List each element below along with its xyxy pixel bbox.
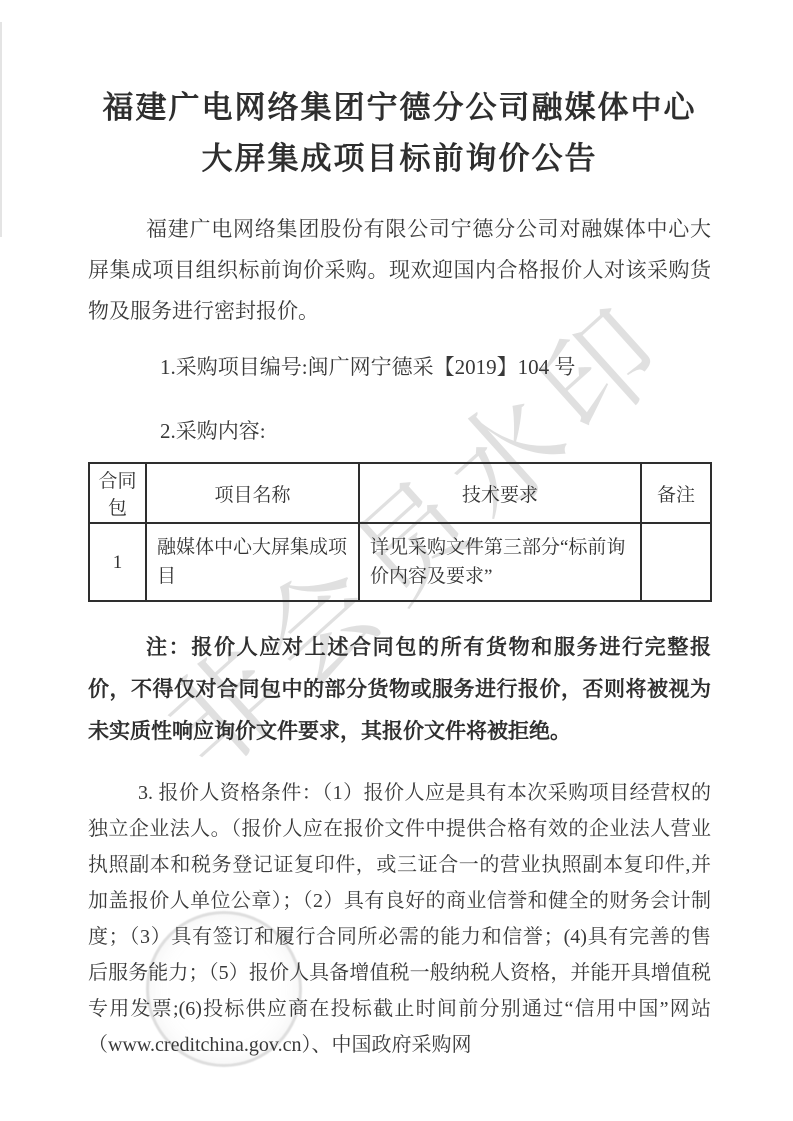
header-contract-package: 合同包 — [89, 463, 146, 523]
document-content: 福建广电网络集团宁德分公司融媒体中心 大屏集成项目标前询价公告 福建广电网络集团… — [88, 0, 711, 1063]
header-remarks: 备注 — [641, 463, 711, 523]
document-title: 福建广电网络集团宁德分公司融媒体中心 大屏集成项目标前询价公告 — [88, 82, 711, 184]
cell-technical-requirements: 详见采购文件第三部分“标前询价内容及要求” — [359, 523, 641, 601]
intro-paragraph: 福建广电网络集团股份有限公司宁德分公司对融媒体中心大屏集成项目组织标前询价采购。… — [88, 209, 711, 332]
scan-edge-artifact — [0, 22, 2, 237]
header-technical-requirements: 技术要求 — [359, 463, 641, 523]
cell-project-name: 融媒体中心大屏集成项目 — [146, 523, 359, 601]
procurement-table: 合同包 项目名称 技术要求 备注 1 融媒体中心大屏集成项目 详见采购文件第三部… — [88, 462, 712, 602]
title-line-1: 福建广电网络集团宁德分公司融媒体中心 — [88, 82, 711, 133]
note-paragraph: 注：报价人应对上述合同包的所有货物和服务进行完整报价，不得仅对合同包中的部分货物… — [88, 626, 711, 752]
title-line-2: 大屏集成项目标前询价公告 — [88, 133, 711, 184]
document-page: 非会员水印 福建广电网络集团宁德分公司融媒体中心 大屏集成项目标前询价公告 福建… — [0, 0, 793, 1121]
table-row: 1 融媒体中心大屏集成项目 详见采购文件第三部分“标前询价内容及要求” — [89, 523, 711, 601]
table-header-row: 合同包 项目名称 技术要求 备注 — [89, 463, 711, 523]
header-project-name: 项目名称 — [146, 463, 359, 523]
cell-remarks — [641, 523, 711, 601]
qualification-paragraph: 3. 报价人资格条件：（1）报价人应是具有本次采购项目经营权的独立企业法人。（报… — [88, 775, 711, 1063]
procurement-content-item: 2.采购内容: — [88, 416, 711, 446]
procurement-number-item: 1.采购项目编号:闽广网宁德采【2019】104 号 — [88, 352, 711, 382]
cell-contract-package: 1 — [89, 523, 146, 601]
